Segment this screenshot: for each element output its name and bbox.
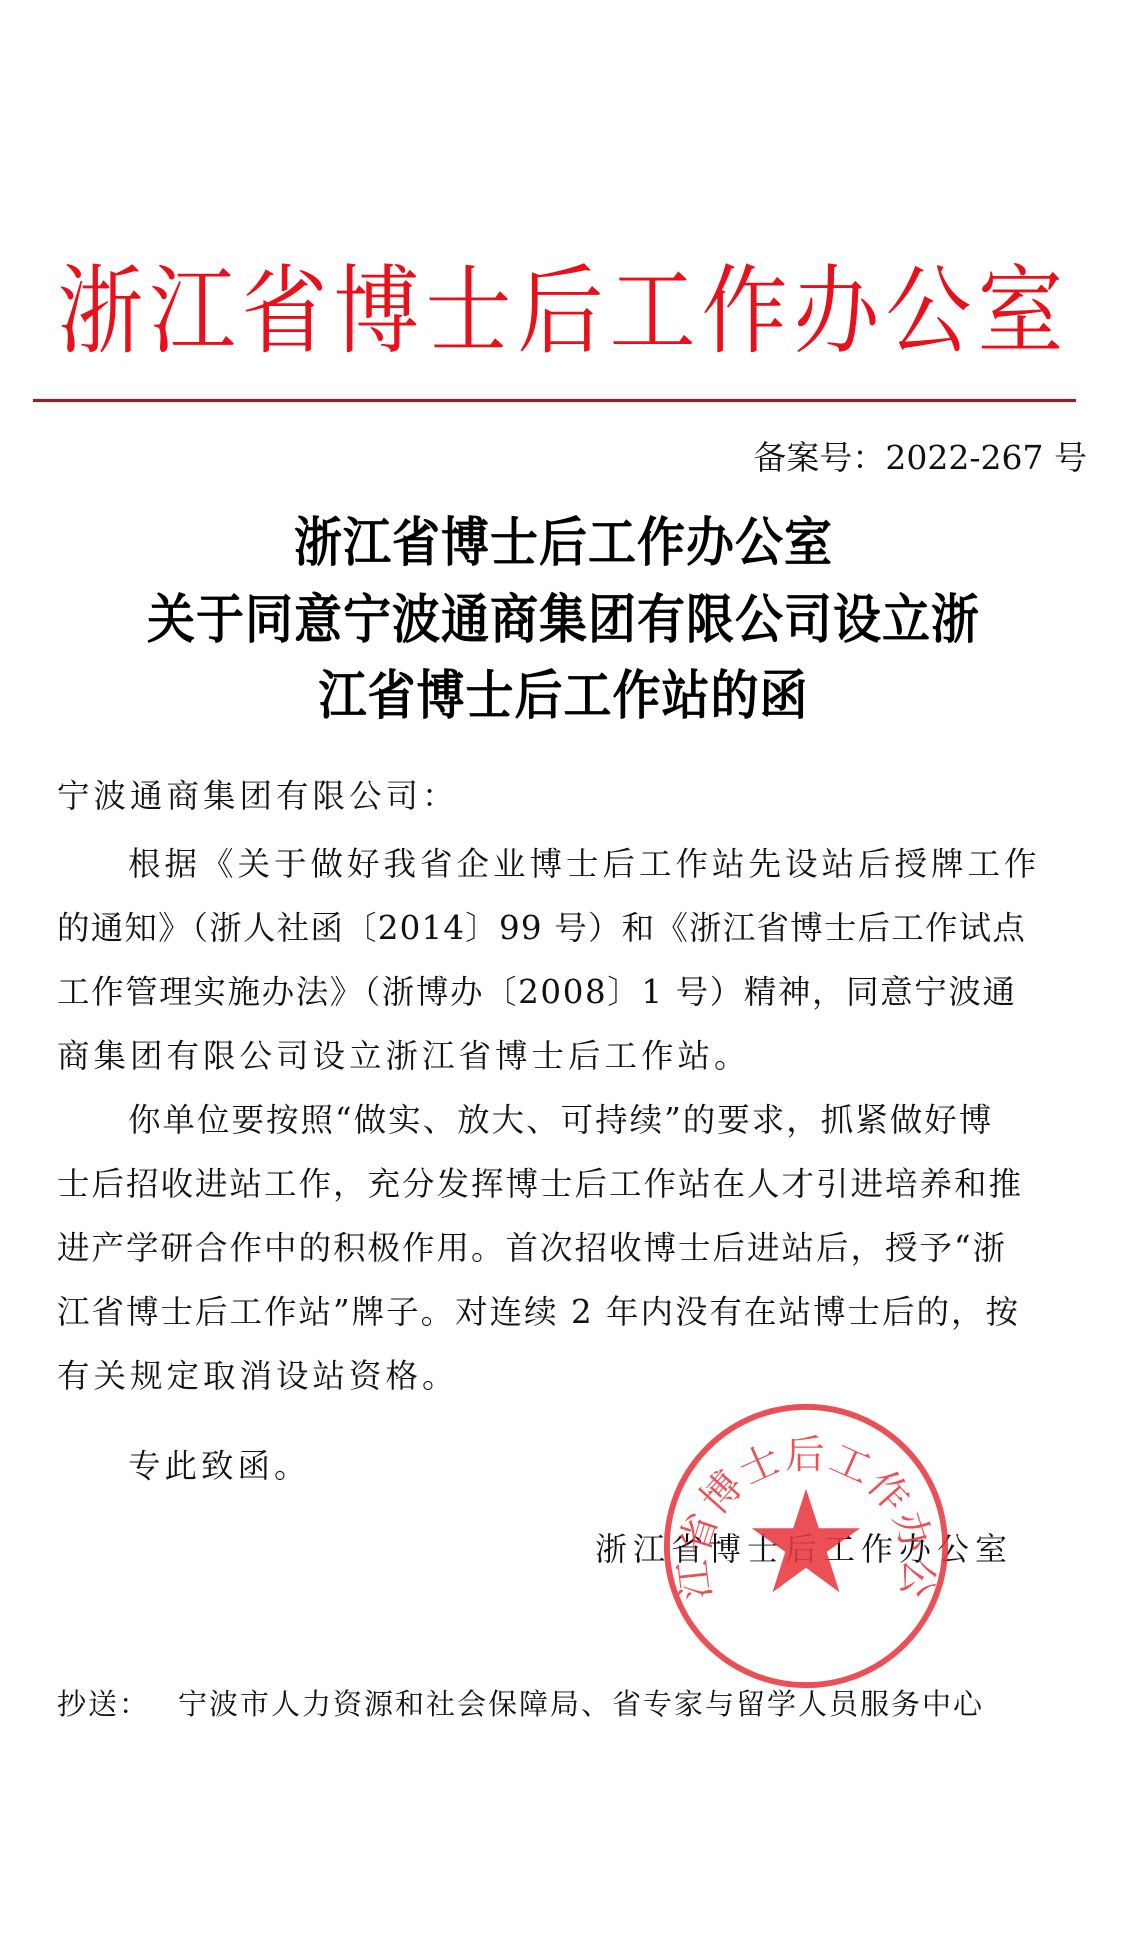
body-p2-line-5: 有关规定取消设站资格。 xyxy=(57,1356,459,1396)
body-p2-line-3: 进产学研合作中的积极作用。首次招收博士后进站后，授予“浙 xyxy=(57,1228,1007,1268)
body-p2-line-4: 江省博士后工作站”牌子。对连续 2 年内没有在站博士后的，按 xyxy=(57,1292,1020,1332)
document-title-line-1: 浙江省博士后工作办公室 xyxy=(0,512,1127,574)
cc-recipients: 宁波市人力资源和社会保障局、省专家与留学人员服务中心 xyxy=(178,1687,984,1721)
body-p2-line-1: 你单位要按照“做实、放大、可持续”的要求，抓紧做好博 xyxy=(128,1100,993,1140)
salutation: 宁波通商集团有限公司： xyxy=(57,776,459,816)
closing-remark: 专此致函。 xyxy=(128,1446,311,1486)
body-p1-line-1: 根据《关于做好我省企业博士后工作站先设站后授牌工作 xyxy=(128,844,1041,884)
cc-label: 抄送： xyxy=(57,1687,150,1721)
body-p1-line-2: 的通知》（浙人社函〔2014〕99 号）和《浙江省博士后工作试点 xyxy=(57,908,1026,948)
body-p2-line-2: 士后招收进站工作，充分发挥博士后工作站在人才引进培养和推 xyxy=(57,1164,1023,1204)
cc-line: 抄送：宁波市人力资源和社会保障局、省专家与留学人员服务中心 xyxy=(57,1686,984,1722)
header-divider xyxy=(33,399,1076,402)
document-title-line-3: 江省博士后工作站的函 xyxy=(0,665,1127,727)
body-p1-line-4: 商集团有限公司设立浙江省博士后工作站。 xyxy=(57,1036,751,1076)
file-number: 备案号：2022-267 号 xyxy=(753,438,1087,478)
document-title-line-2: 关于同意宁波通商集团有限公司设立浙 xyxy=(0,589,1127,651)
body-p1-line-3: 工作管理实施办法》（浙博办〔2008〕1 号）精神，同意宁波通 xyxy=(57,972,1017,1012)
official-seal-icon: 浙江省博士后工作办公室 xyxy=(658,1398,954,1694)
issuing-office-header: 浙江省博士后工作办公室 xyxy=(0,256,1127,368)
